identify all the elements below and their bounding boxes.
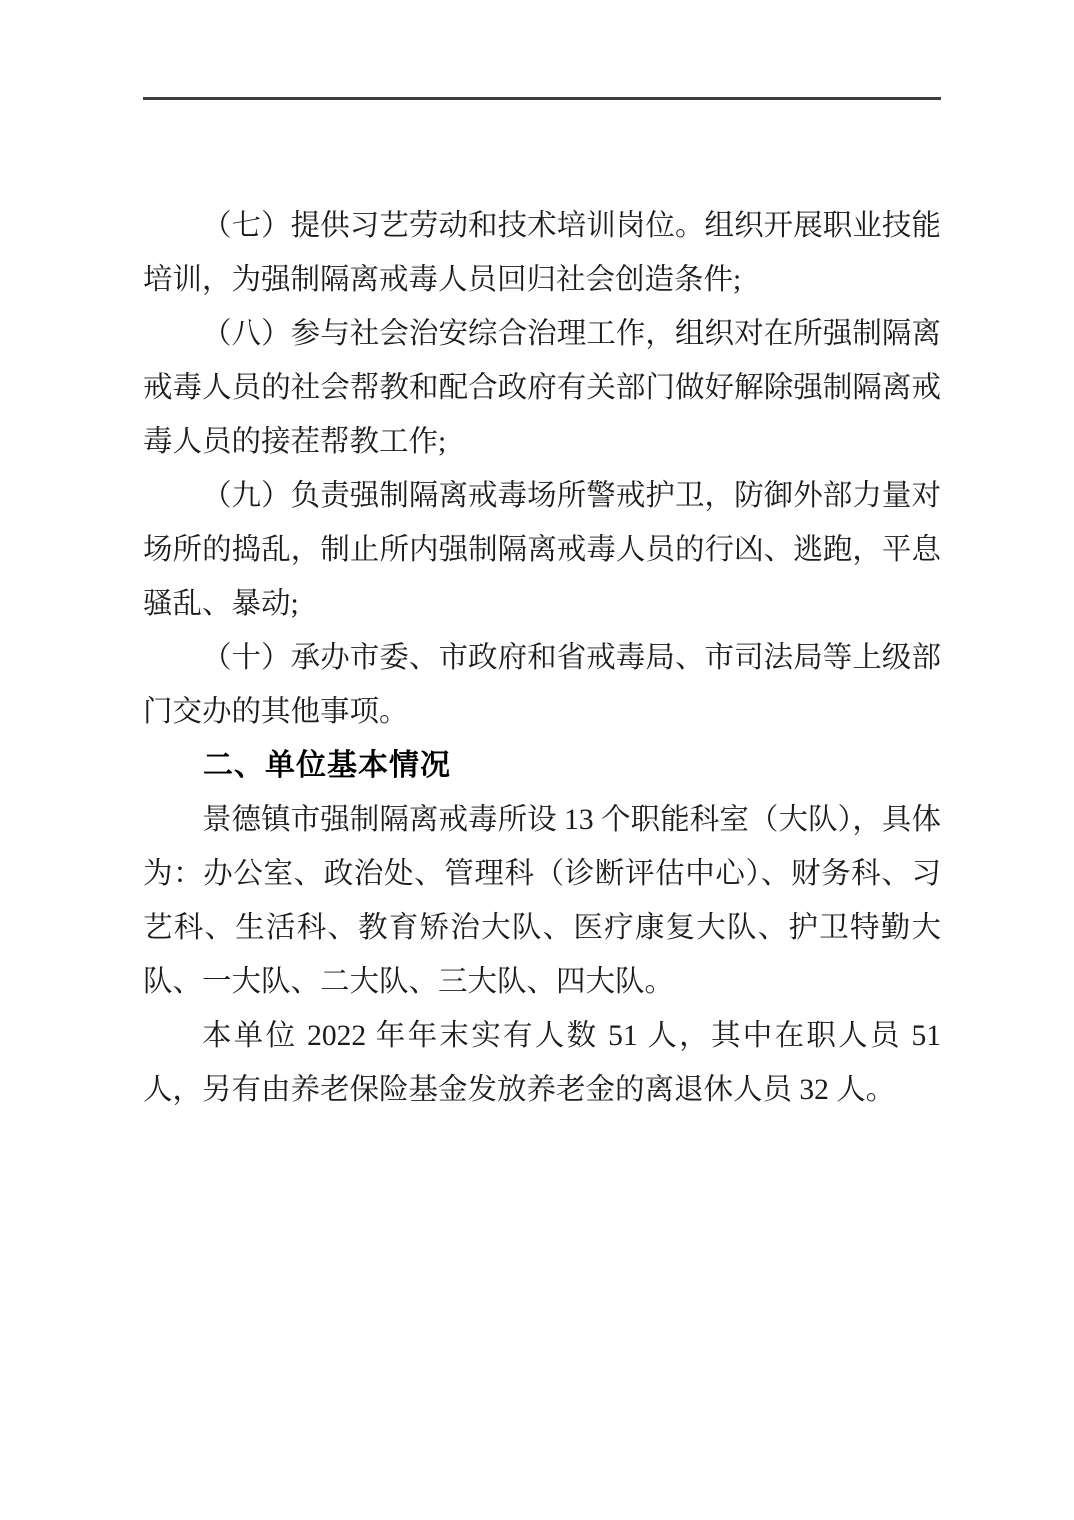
document-page: （七）提供习艺劳动和技术培训岗位。组织开展职业技能培训，为强制隔离戒毒人员回归社… (0, 0, 1074, 1520)
org-structure-paragraph: 景德镇市强制隔离戒毒所设 13 个职能科室（大队），具体为：办公室、政治处、管理… (143, 793, 941, 1009)
staffing-paragraph: 本单位 2022 年年末实有人数 51 人，其中在职人员 51 人，另有由养老保… (143, 1009, 941, 1117)
duty-paragraph-8: （八）参与社会治安综合治理工作，组织对在所强制隔离戒毒人员的社会帮教和配合政府有… (143, 307, 941, 469)
duty-paragraph-7: （七）提供习艺劳动和技术培训岗位。组织开展职业技能培训，为强制隔离戒毒人员回归社… (143, 199, 941, 307)
section-heading: 二、单位基本情况 (143, 739, 941, 793)
duty-paragraph-10: （十）承办市委、市政府和省戒毒局、市司法局等上级部门交办的其他事项。 (143, 631, 941, 739)
duty-paragraph-9: （九）负责强制隔离戒毒场所警戒护卫，防御外部力量对场所的捣乱，制止所内强制隔离戒… (143, 469, 941, 631)
header-divider-rule (143, 97, 941, 100)
document-body: （七）提供习艺劳动和技术培训岗位。组织开展职业技能培训，为强制隔离戒毒人员回归社… (143, 199, 941, 1117)
